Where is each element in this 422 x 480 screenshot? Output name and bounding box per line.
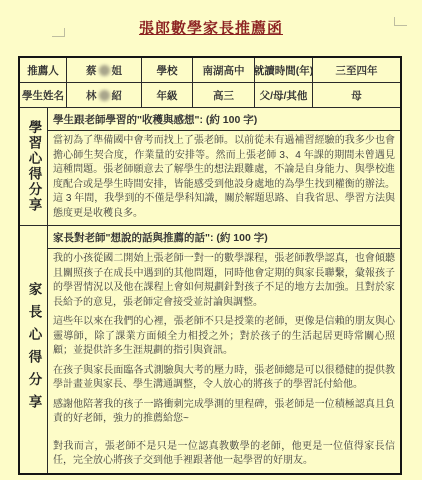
grade-label: 年級 [142,83,193,107]
section-content: 學生跟老師學習的"收穫與感想": (約 100 字) 當初為了準備國中會考而找上… [48,108,400,225]
section-side-label-student-reflection: 學習心得分享 [24,120,44,213]
relation-value: 母 [313,83,400,107]
info-row-student: 學生姓名 林 紹 年級 高三 父/母/其他 母 [20,83,400,108]
section-parent-recommendation: 家長心得分享 家長對老師"想說的話與推薦的話": (約 100 字) 我的小孩從… [20,226,400,473]
student-name: 林 紹 [67,83,142,107]
grade-value: 高三 [193,83,255,107]
section-body-student-reflection: 當初為了準備國中會考而找上了張老師。以前從未有過補習經驗的我多少也會擔心師生契合… [48,131,400,225]
section-side-label-parent-recommendation: 家長心得分享 [24,282,44,417]
recommender-name-prefix: 蔡 [86,63,97,78]
duration-label: 就讀時間(年) [255,58,313,82]
relation-label: 父/母/其他 [255,83,313,107]
section-body-parent-recommendation: 我的小孩從國二開始上張老師一對一的數學課程，張老師教學認真，也會傾聽且關照孩子在… [48,249,400,473]
info-row-recommender: 推薦人 蔡 姐 學校 南湖高中 就讀時間(年) 三至四年 [20,58,400,83]
section-header-parent-recommendation: 家長對老師"想說的話與推薦的話": (約 100 字) [48,226,400,249]
paragraph: 對我而言，張老師不是只是一位認真教數學的老師，他更是一位值得家長信任，完全放心將… [53,440,395,469]
paragraph: 這些年以來在我們的心裡，張老師不只是授業的老師，更像是信賴的朋友與心靈導師，除了… [53,315,395,359]
student-name-suffix: 紹 [112,88,123,103]
student-name-prefix: 林 [86,88,97,103]
section-side-cell: 學習心得分享 [20,108,48,225]
section-content: 家長對老師"想說的話與推薦的話": (約 100 字) 我的小孩從國二開始上張老… [48,226,400,473]
section-student-reflection: 學習心得分享 學生跟老師學習的"收穫與感想": (約 100 字) 當初為了準備… [20,108,400,226]
recommender-name-suffix: 姐 [112,63,123,78]
redacted-character [99,90,110,101]
document-title: 張郎數學家長推薦函 [0,17,422,38]
duration-value: 三至四年 [313,58,400,82]
paragraph: 感謝他陪著我的孩子一路衝刺完成學測的里程碑，張老師是一位積極認真且負責的好老師，… [53,398,395,427]
recommendation-form-table: 推薦人 蔡 姐 學校 南湖高中 就讀時間(年) 三至四年 學生姓名 林 紹 年級… [18,56,402,475]
recommendation-letter-page: { "page": { "title": "張郎數學家長推薦函", "backg… [0,0,422,480]
redacted-character [99,65,110,76]
recommender-label: 推薦人 [20,58,67,82]
section-header-student-reflection: 學生跟老師學習的"收穫與感想": (約 100 字) [48,108,400,131]
recommender-name: 蔡 姐 [67,58,142,82]
paragraph: 當初為了準備國中會考而找上了張老師。以前從未有過補習經驗的我多少也會擔心師生契合… [53,134,395,221]
paragraph: 在孩子與家長面臨各式測驗與大考的壓力時，張老師總是可以很穩健的提供教學計畫並與家… [53,364,395,393]
paragraph: 我的小孩從國二開始上張老師一對一的數學課程，張老師教學認真，也會傾聽且關照孩子在… [53,252,395,310]
school-label: 學校 [142,58,193,82]
student-label: 學生姓名 [20,83,67,107]
section-side-cell: 家長心得分享 [20,226,48,473]
school-value: 南湖高中 [193,58,255,82]
